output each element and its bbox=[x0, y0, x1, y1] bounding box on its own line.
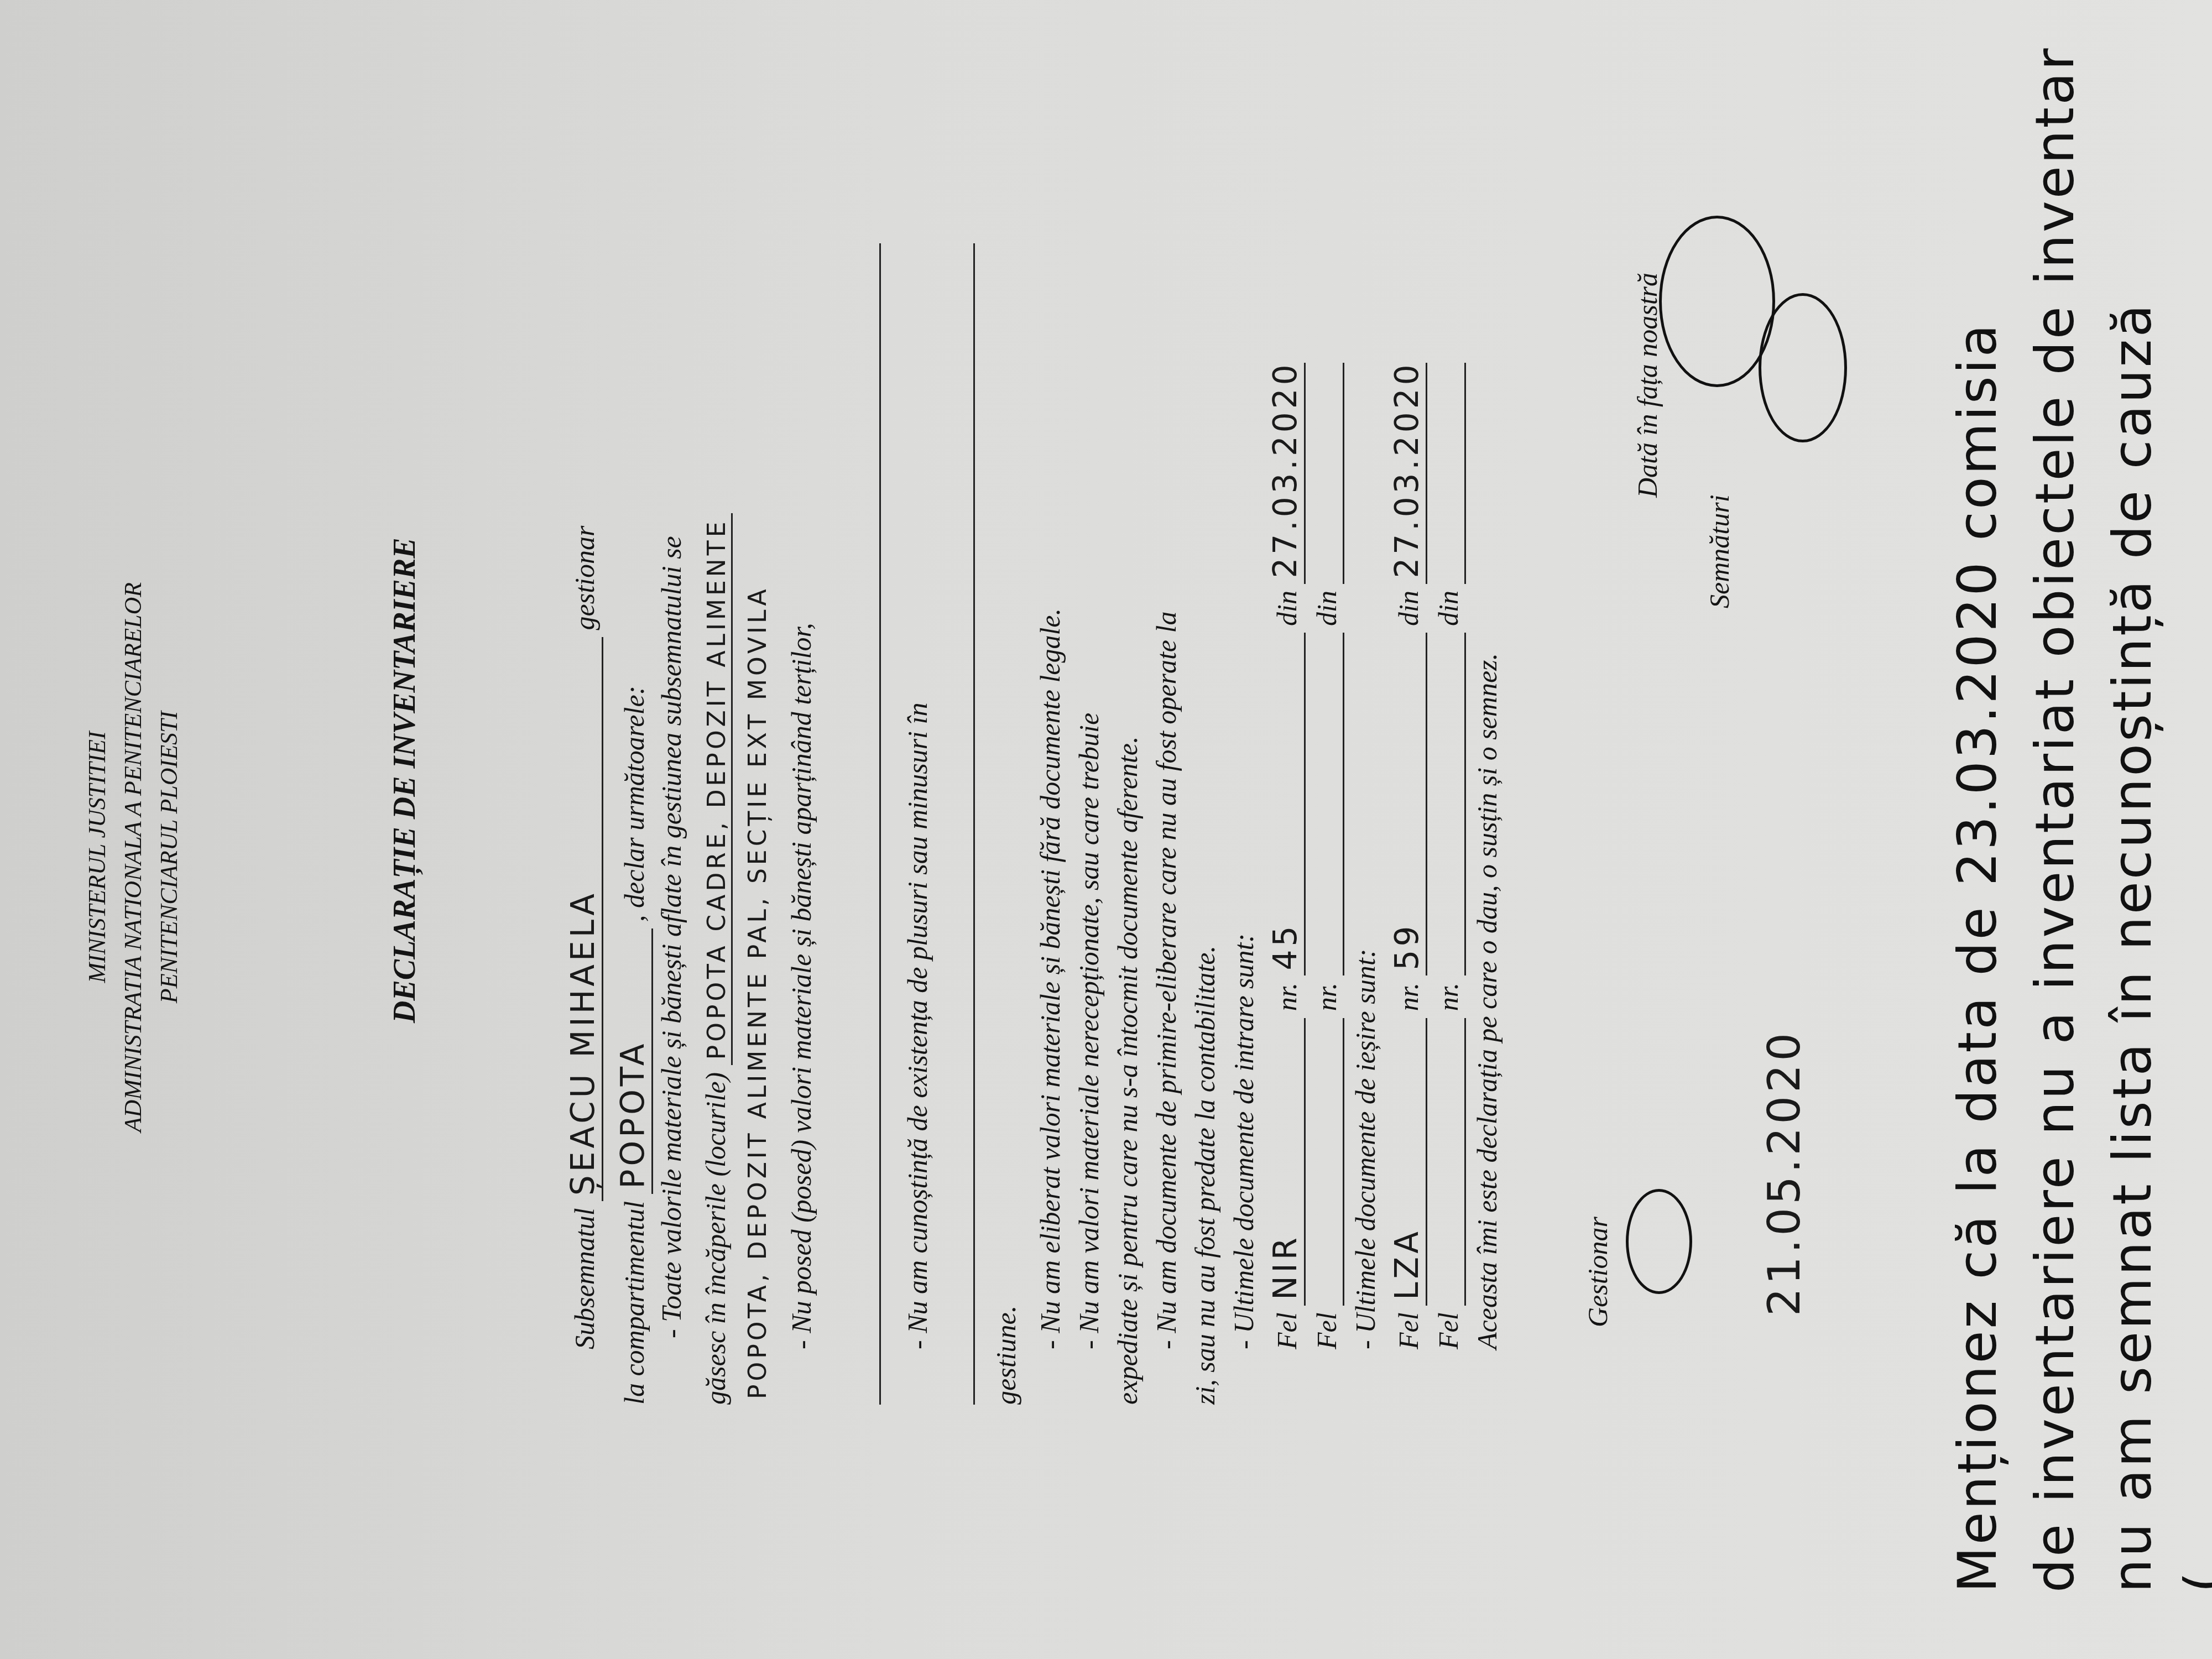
signature-date: 21.05.2020 bbox=[1759, 1030, 1810, 1316]
page-title: DECLARAȚIE DE INVENTARIERE bbox=[387, 538, 422, 1023]
statement-1b: găsesc în încăperile (locurile) POPOTA C… bbox=[700, 513, 733, 1405]
statement-5b: expediate și pentru care nu s-a întocmit… bbox=[1112, 737, 1144, 1405]
closing-statement: Aceasta îmi este declarația pe care o da… bbox=[1471, 653, 1503, 1349]
exit-doc-row: Fel nr. din bbox=[1432, 363, 1466, 1349]
gestionar-signature bbox=[1626, 1189, 1692, 1294]
header-ministry: MINISTERUL JUSTITIEI bbox=[83, 525, 111, 1189]
compartment-line: la compartimentul POPOTA , declar următo… bbox=[614, 686, 653, 1405]
statement-6a: - Nu am documente de primire-eliberare c… bbox=[1150, 612, 1182, 1349]
note-line-3: nu am semnat lista în necunoștință de ca… bbox=[2101, 302, 2163, 1593]
statement-3: - Nu am cunoștință de existența de plusu… bbox=[901, 703, 933, 1349]
statement-8: - Ultimele documente de ieșire sunt: bbox=[1349, 949, 1381, 1349]
header-administration: ADMINISTRATIA NATIONALA A PENITENCIARELO… bbox=[119, 525, 147, 1189]
statement-4: - Nu am eliberat valori materiale și băn… bbox=[1034, 608, 1066, 1349]
blank-line bbox=[879, 243, 881, 1405]
statement-2: - Nu posed (posed) valori materiale și b… bbox=[785, 623, 817, 1349]
witness-signature-2 bbox=[1759, 293, 1847, 442]
intro-line: Subsemnatul ȘEACU MIHAELA gestionar bbox=[564, 526, 603, 1349]
locations-field-2: POPOTA, DEPOZIT ALIMENTE PAL, SECȚIE EXT… bbox=[744, 586, 772, 1399]
rotated-page: MINISTERUL JUSTITIEI ADMINISTRATIA NATIO… bbox=[0, 0, 2212, 1659]
note-line-1: Menționez că la data de 23.03.2020 comis… bbox=[1947, 322, 2008, 1593]
compartment-field: POPOTA bbox=[614, 928, 653, 1194]
entry-doc-row: Fel nr. din bbox=[1311, 363, 1344, 1349]
entry-doc-row: Fel NIR nr. 45 din 27.03.2020 bbox=[1266, 363, 1306, 1349]
exit-doc-row: Fel LZA nr. 59 din 27.03.2020 bbox=[1388, 363, 1427, 1349]
note-line-4: (... bbox=[2173, 1512, 2212, 1593]
statement-1a: - Toate valorile materiale și bănești af… bbox=[655, 536, 687, 1338]
document-photo: MINISTERUL JUSTITIEI ADMINISTRATIA NATIO… bbox=[0, 0, 2212, 1659]
statement-3b: gestiune. bbox=[990, 1306, 1022, 1405]
locations-field-1: POPOTA CADRE, DEPOZIT ALIMENTE bbox=[703, 513, 733, 1066]
semnaturi-label: Semnături bbox=[1703, 494, 1735, 608]
header-institution: PENITENCIARUL PLOIESTI bbox=[155, 525, 183, 1189]
gestionar-label: Gestionar bbox=[1582, 1217, 1614, 1327]
statement-7: - Ultimele documente de intrare sunt: bbox=[1228, 933, 1260, 1349]
statement-5a: - Nu am valori materiale nerecepționate,… bbox=[1073, 713, 1105, 1349]
name-field: ȘEACU MIHAELA bbox=[564, 637, 603, 1201]
statement-6b: zi, sau nu au fost predate la contabilit… bbox=[1189, 946, 1221, 1405]
blank-line bbox=[973, 243, 975, 1405]
note-line-2: de inventariere nu a inventariat obiecte… bbox=[2024, 46, 2086, 1593]
witness-signature-1 bbox=[1659, 216, 1775, 387]
